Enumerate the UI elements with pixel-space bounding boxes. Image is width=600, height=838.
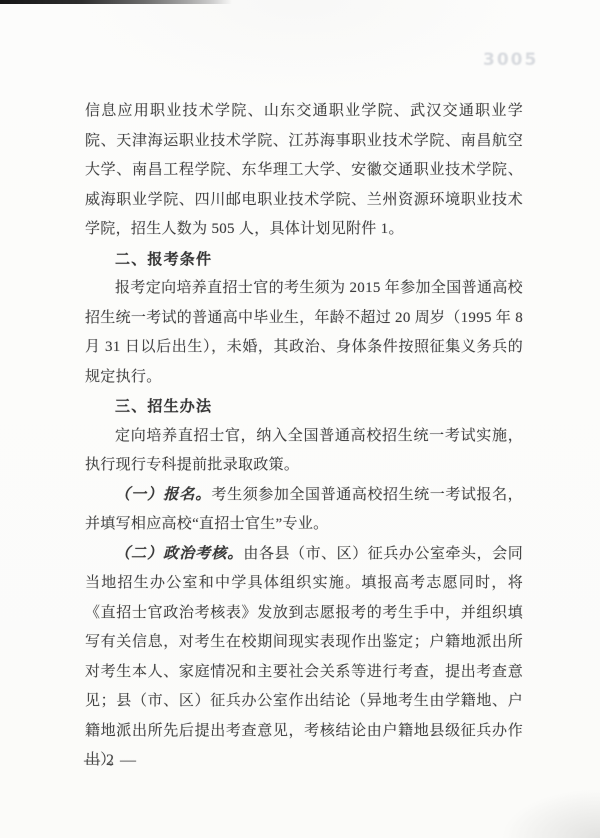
subitem-lead-registration: （一）报名。 bbox=[115, 487, 212, 503]
scan-artifact-top-edge bbox=[0, 0, 232, 4]
paragraph-enrollment-method: 定向培养直招士官，纳入全国普通高校招生统一考试实施，执行现行专科提前批录取政策。 bbox=[85, 422, 523, 481]
paragraph-political-review: （二）政治考核。由各县（市、区）征兵办公室牵头，会同当地招生办公室和中学具体组织… bbox=[85, 540, 523, 776]
subitem-text-political-review: 由各县（市、区）征兵办公室牵头，会同当地招生办公室和中学具体组织实施。填报高考志… bbox=[85, 546, 523, 769]
bleed-through-page-code: 3005 bbox=[483, 50, 538, 70]
section-heading-application-conditions: 二、报考条件 bbox=[85, 245, 523, 275]
subitem-lead-political-review: （二）政治考核。 bbox=[115, 546, 243, 562]
page-number: — 2 — bbox=[84, 752, 137, 770]
document-body: 信息应用职业技术学院、山东交通职业学院、武汉交通职业学院、天津海运职业技术学院、… bbox=[85, 97, 523, 776]
paragraph-school-list: 信息应用职业技术学院、山东交通职业学院、武汉交通职业学院、天津海运职业技术学院、… bbox=[85, 97, 523, 245]
paragraph-application-conditions: 报考定向培养直招士官的考生须为 2015 年参加全国普通高校招生统一考试的普通高… bbox=[85, 274, 523, 392]
paragraph-registration: （一）报名。考生须参加全国普通高校招生统一考试报名，并填写相应高校“直招士官生”… bbox=[85, 481, 523, 540]
section-heading-enrollment-method: 三、招生办法 bbox=[85, 392, 523, 422]
